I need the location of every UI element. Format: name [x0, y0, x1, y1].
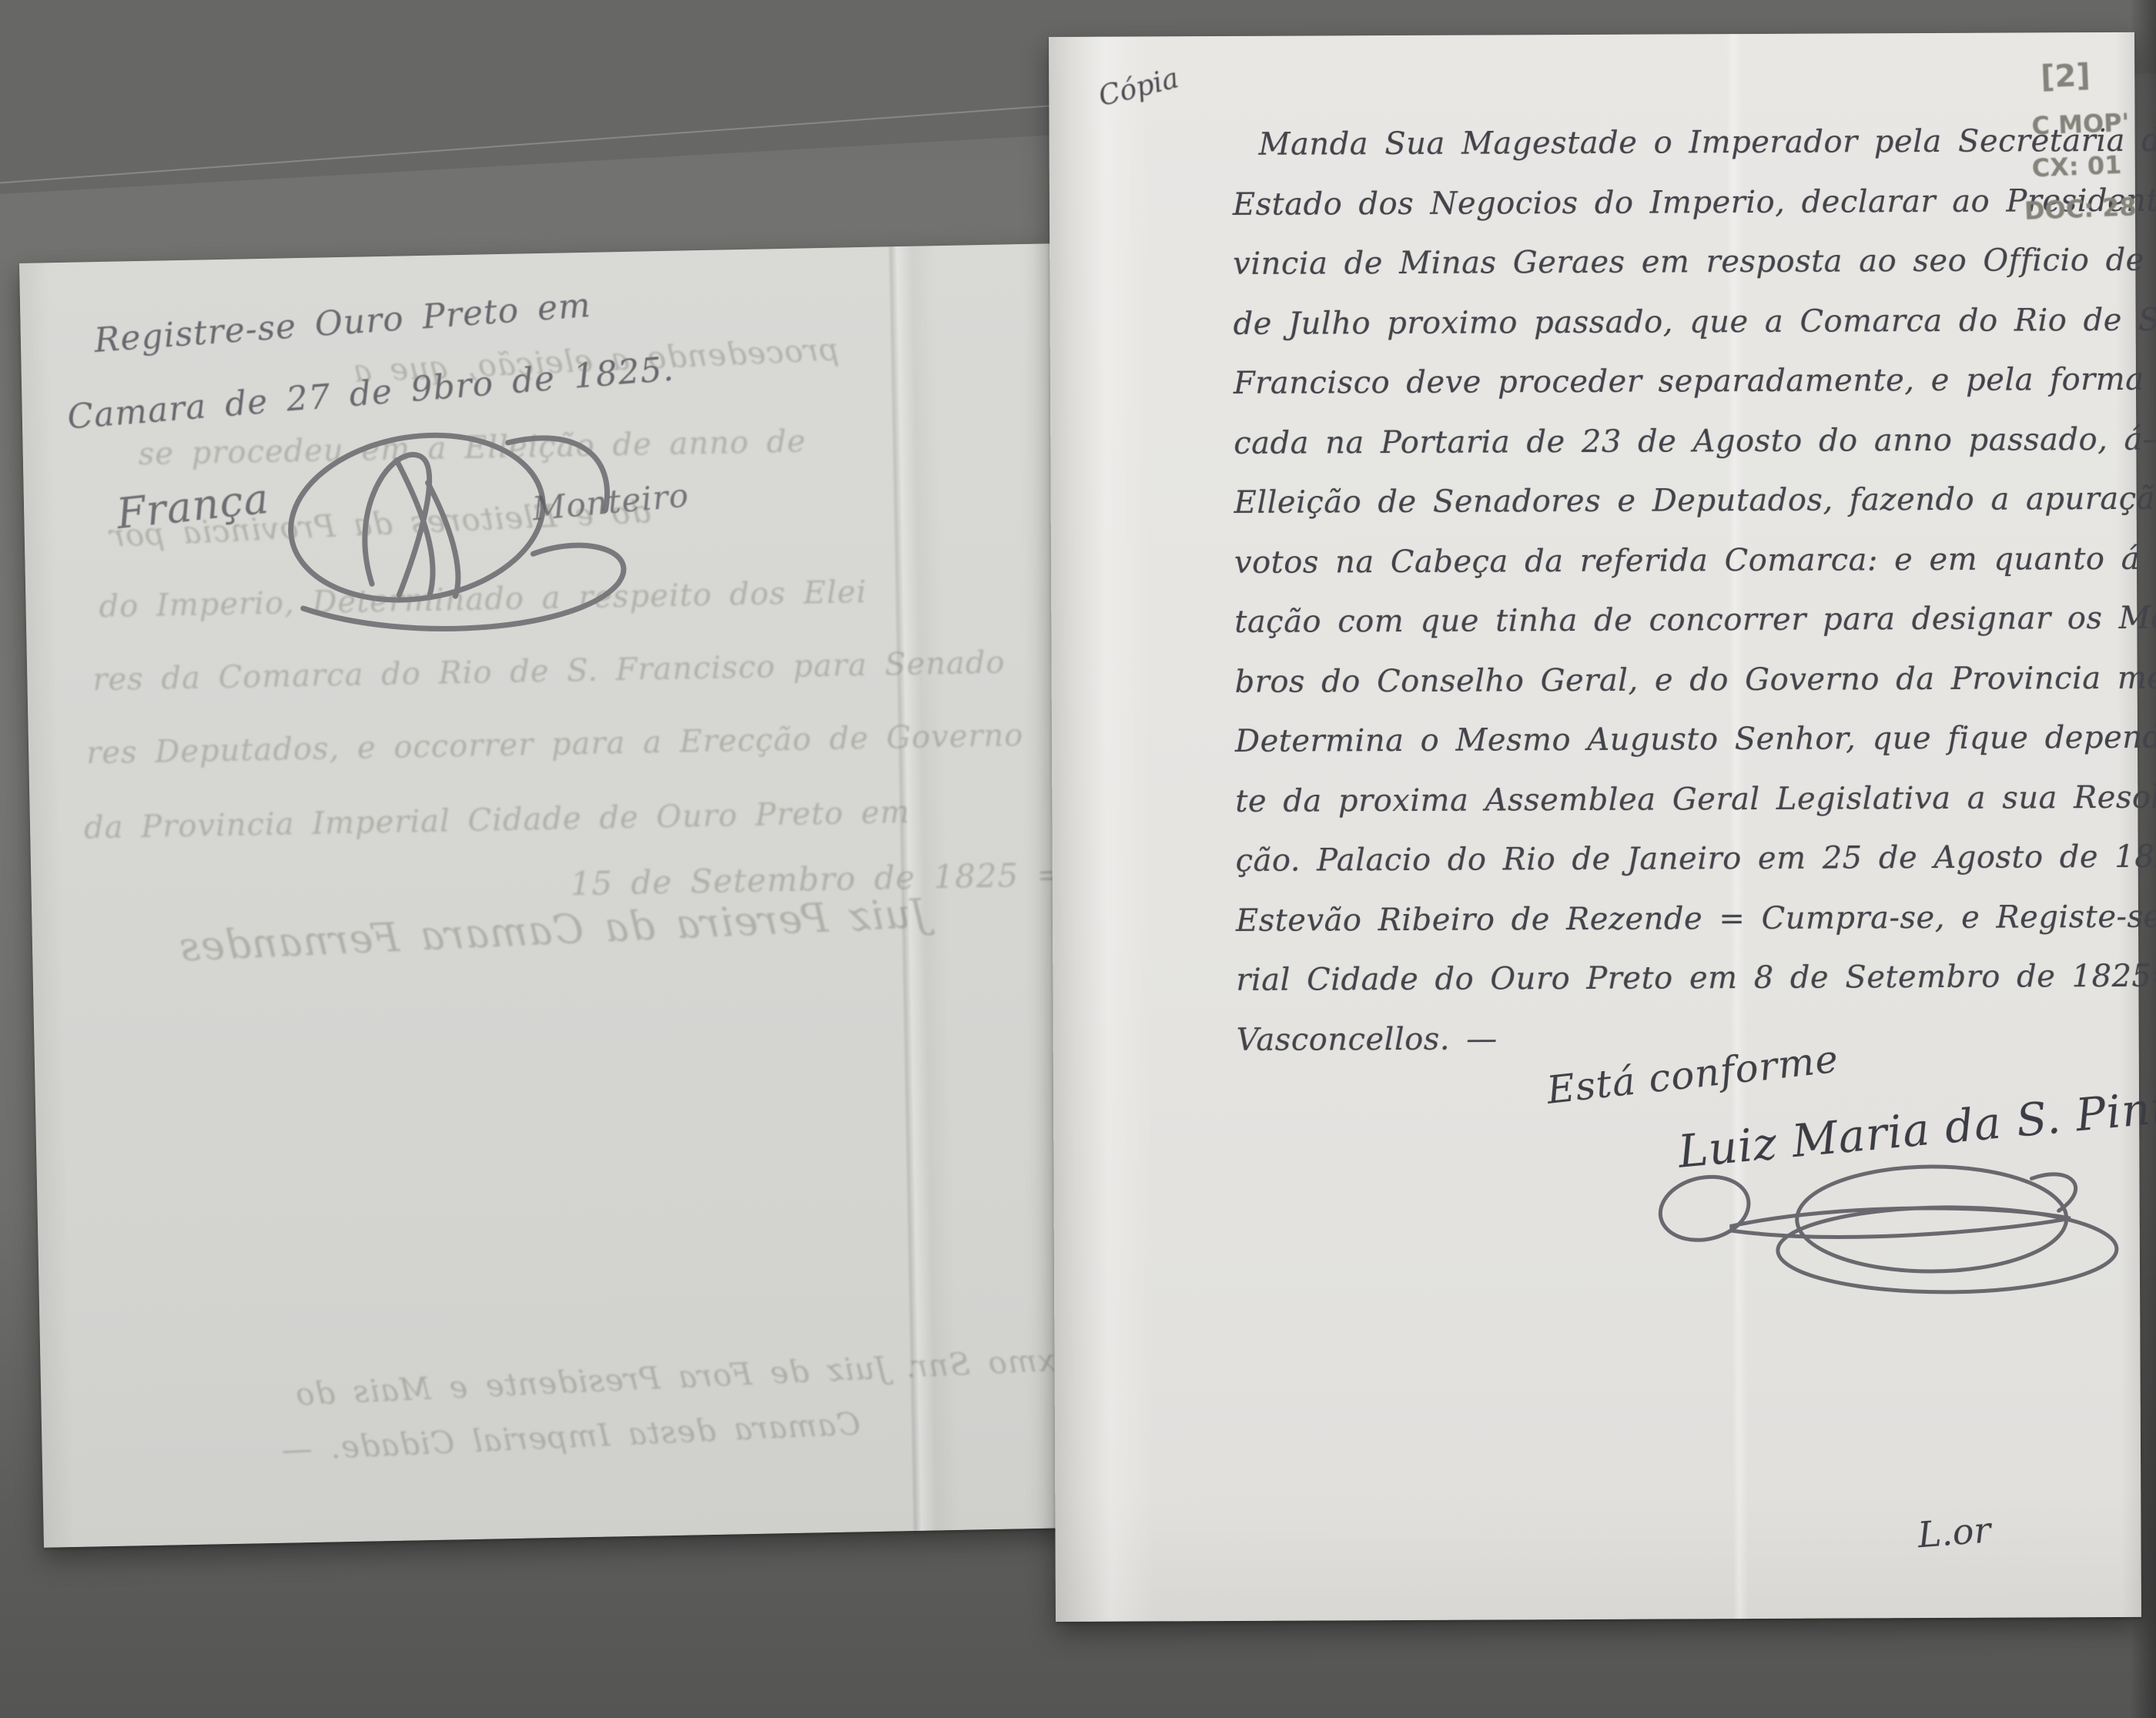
faded-ink-line: res da Comarca do Rio de S. Francisco pa… [92, 645, 1006, 698]
manuscript-line: Estado dos Negocios do Imperio, declarar… [1233, 183, 2138, 222]
signature-flourish [1639, 1164, 2101, 1336]
archival-mark: [2] [2040, 58, 2091, 95]
archival-photograph: { "scene": { "background_color": "#6f6f6… [0, 0, 2156, 1718]
manuscript-line: cada na Portaria de 23 de Agosto do anno… [1234, 421, 2138, 460]
manuscript-line: ção. Palacio do Rio de Janeiro em 25 de … [1236, 839, 2141, 879]
manuscript-line: vincia de Minas Geraes em resposta ao se… [1233, 243, 2138, 282]
folio-mark: L.or [1917, 1509, 1993, 1556]
faded-ink-line: da Provincia Imperial Cidade de Ouro Pre… [84, 795, 911, 846]
bleed-through-line: Camara desta Imperial Cidade. — [280, 1406, 862, 1468]
manuscript-line: rial Cidade do Ouro Preto em 8 de Setemb… [1236, 959, 2141, 998]
manuscript-line: Manda Sua Magestade o Imperador pela Sec… [1259, 123, 2156, 162]
right-page: Cópia Está conforme Luiz Maria da S. Pin… [1049, 32, 2141, 1622]
archival-mark: C MOP' [2031, 108, 2130, 141]
copy-label: Cópia [1096, 62, 1182, 113]
manuscript-line: bros do Conselho Geral, e do Governo da … [1235, 660, 2140, 699]
left-page: Registre-se Ouro Preto em Camara de 27 d… [19, 243, 1077, 1547]
manuscript-line: votos na Cabeça da referida Comarca: e e… [1234, 541, 2139, 580]
faded-ink-line: res Deputados, e occorrer para a Erecção… [86, 718, 1024, 771]
manuscript-line: Francisco deve proceder separadamente, e… [1234, 362, 2138, 401]
faded-ink-line: do Imperio, Determinado a respeito dos E… [99, 574, 867, 625]
manuscript-line: de Julho proximo passado, que a Comarca … [1234, 302, 2138, 341]
signature-luiz-maria: Luiz Maria da S. Pinto [1676, 1078, 2156, 1178]
manuscript-line: te da proxima Assemblea Geral Legislativ… [1235, 779, 2140, 819]
bleed-through-line: Exmo Snr. Juiz de Fora Presidente e Mais… [294, 1342, 1079, 1413]
archival-mark: CX: 01 [2031, 150, 2122, 183]
faded-ink-line: se procedeu em a Elleição de anno de [138, 424, 806, 472]
manuscript-line: tação com que tinha de concorrer para de… [1234, 601, 2139, 640]
archival-mark: DOC: 28 [2024, 192, 2137, 226]
bleed-through-line: Juiz Pereira da Camara Fernandes [178, 891, 929, 971]
manuscript-line: Determina o Mesmo Augusto Senhor, que fi… [1235, 720, 2140, 759]
manuscript-line: Estevão Ribeiro de Rezende = Cumpra-se, … [1236, 899, 2141, 938]
manuscript-line: Vasconcellos. — [1237, 1018, 2141, 1057]
manuscript-line: Elleição de Senadores e Deputados, fazen… [1234, 481, 2139, 521]
